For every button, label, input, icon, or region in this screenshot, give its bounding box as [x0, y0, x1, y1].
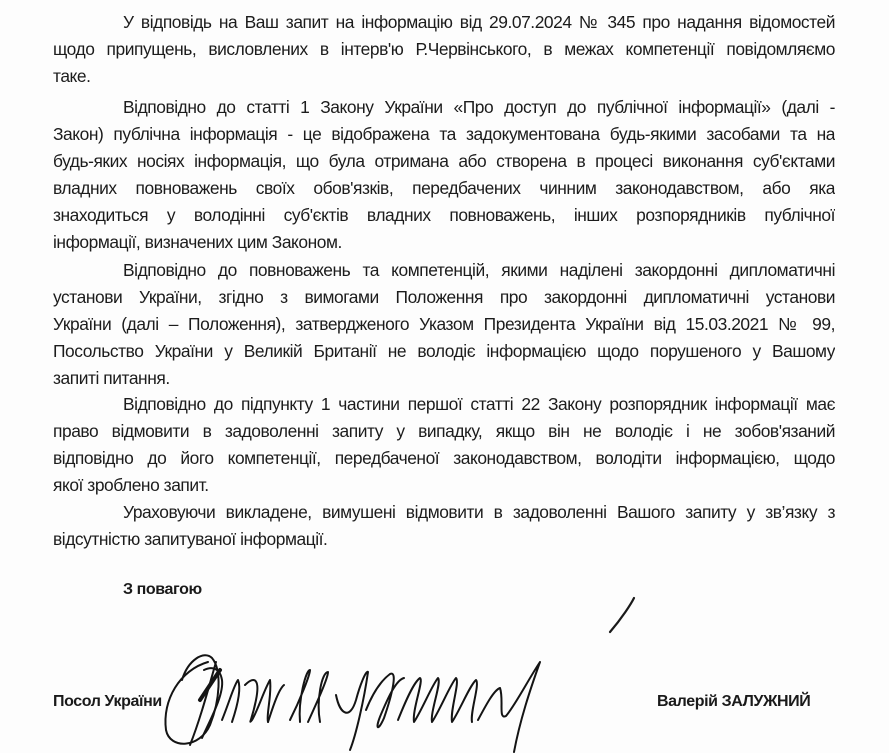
- paragraph-4-line-3: відповідно до його компетенції, передбач…: [53, 445, 835, 471]
- paragraph-3-line-2: установи України, згідно з вимогами Поло…: [53, 284, 835, 310]
- signatory-title: Посол України: [53, 691, 162, 713]
- paragraph-5-line-2: відсутністю запитуваної інформації.: [53, 526, 835, 552]
- paragraph-3-line-3: України (далі – Положення), затвердженог…: [53, 311, 835, 337]
- closing-text: З повагою: [123, 579, 202, 601]
- signatory-name: Валерій ЗАЛУЖНИЙ: [657, 691, 810, 713]
- paragraph-1-line-2: щодо припущень, висловлених в інтерв'ю Р…: [53, 36, 835, 62]
- paragraph-2-line-4: владних повноважень своїх обов'язків, пе…: [53, 175, 835, 201]
- paragraph-4-line-1: Відповідно до підпункту 1 частини першої…: [123, 391, 835, 417]
- paragraph-2-line-3: будь-яких носіях інформація, що була отр…: [53, 148, 835, 174]
- handwritten-signature-icon: [160, 640, 600, 753]
- paragraph-5-line-1: Ураховуючи викладене, вимушені відмовити…: [123, 499, 835, 525]
- paragraph-2-line-1: Відповідно до статті 1 Закону України «П…: [123, 94, 835, 120]
- paragraph-3-line-1: Відповідно до повноважень та компетенцій…: [123, 257, 835, 283]
- paragraph-2-line-6: інформації, визначених цим Законом.: [53, 229, 835, 255]
- paragraph-2-line-2: Закон) публічна інформація - це відображ…: [53, 121, 835, 147]
- paragraph-4-line-4: якої зроблено запит.: [53, 472, 835, 498]
- paragraph-1-line-1: У відповідь на Ваш запит на інформацію в…: [123, 9, 835, 35]
- paragraph-1-line-3: таке.: [53, 63, 835, 89]
- letter-page: У відповідь на Ваш запит на інформацію в…: [0, 0, 889, 753]
- paragraph-3-line-4: Посольство України у Великій Британії не…: [53, 338, 835, 364]
- paragraph-3-line-5: запиті питання.: [53, 365, 835, 391]
- paragraph-2-line-5: знаходиться у володінні суб'єктів владни…: [53, 202, 835, 228]
- pen-stroke-icon: [600, 590, 650, 640]
- paragraph-4-line-2: право відмовити в задоволенні запиту у в…: [53, 418, 835, 444]
